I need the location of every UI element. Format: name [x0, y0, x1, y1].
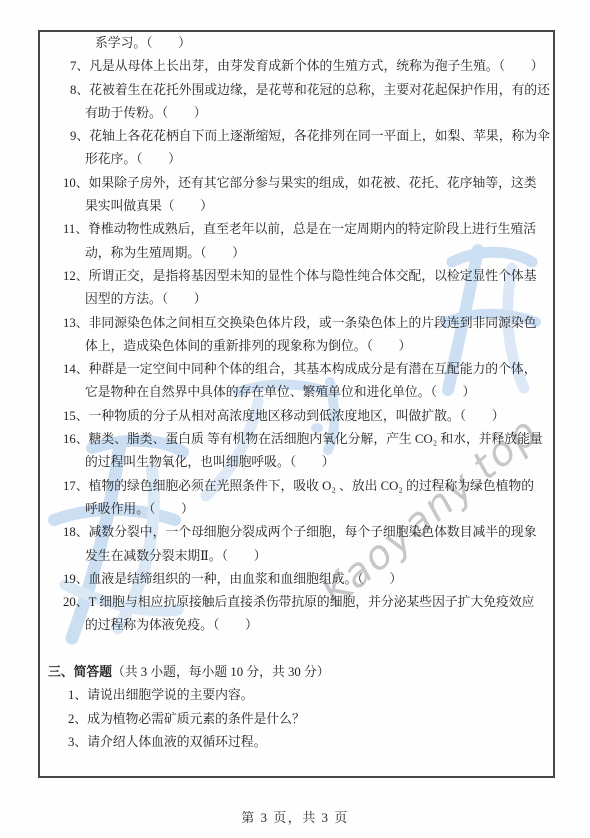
line-text: 请介绍人体血液的双循环过程。 [87, 735, 266, 749]
line-text: 糖类、脂类、蛋白质 等有机物在活细胞内氧化分解，产生 CO₂ 和水，并释放能量 [89, 432, 543, 446]
section-title: 三、简答题 [48, 665, 112, 679]
line-text: 减数分裂中，一个母细胞分裂成两个子细胞，每个子细胞染色体数目减半的现象 [89, 525, 537, 539]
line-text: 发生在减数分裂末期Ⅱ。（ ） [85, 549, 266, 563]
question-line: 9、花轴上各花花柄自下而上逐渐缩短，各花排列在同一平面上，如梨、苹果，称为伞 [40, 125, 553, 148]
line-text: 所谓正交，是指将基因型未知的显性个体与隐性纯合体交配，以检定显性个体基 [89, 269, 537, 283]
line-text: T 细胞与相应抗原接触后直接杀伤带抗原的细胞，并分泌某些因子扩大免疫效应 [89, 595, 535, 609]
question-number: 8、 [70, 83, 89, 97]
line-text: 植物的绿色细胞必须在光照条件下，吸收 O₂ 、放出 CO₂ 的过程称为绿色植物的 [89, 479, 534, 493]
question-number: 10、 [63, 176, 89, 190]
exam-frame: 系学习。（ ）7、凡是从母体上长出芽，由芽发育成新个体的生殖方式，统称为孢子生殖… [38, 30, 555, 778]
question-number: 13、 [63, 316, 89, 330]
section-heading: 三、简答题（共 3 小题，每小题 10 分，共 30 分） [40, 661, 553, 684]
question-line: 有助于传粉。（ ） [40, 102, 553, 125]
question-line: 19、血液是结缔组织的一种，由血浆和血细胞组成。（ ） [40, 568, 553, 591]
line-text: 成为植物必需矿质元素的条件是什么？ [87, 712, 305, 726]
question-number: 11、 [63, 222, 88, 236]
question-line: 的过程称为体液免疫。（ ） [40, 614, 553, 637]
question-number: 7、 [70, 59, 89, 73]
question-line: 10、如果除子房外，还有其它部分参与果实的组成，如花被、花托、花序轴等，这类 [40, 172, 553, 195]
question-line: 8、花被着生在花托外围或边缘，是花萼和花冠的总称，主要对花起保护作用，有的还 [40, 79, 553, 102]
line-text: （共 3 小题，每小题 10 分，共 30 分） [112, 665, 330, 679]
line-text: 种群是一定空间中同种个体的组合，其基本构成成分是有潜在互配能力的个体， [89, 362, 537, 376]
question-line: 20、T 细胞与相应抗原接触后直接杀伤带抗原的细胞，并分泌某些因子扩大免疫效应 [40, 591, 553, 614]
line-text: 花被着生在花托外围或边缘，是花萼和花冠的总称，主要对花起保护作用，有的还 [89, 83, 550, 97]
short-answer-item: 2、成为植物必需矿质元素的条件是什么？ [40, 708, 553, 731]
question-number: 1、 [68, 688, 87, 702]
line-text: 花轴上各花花柄自下而上逐渐缩短，各花排列在同一平面上，如梨、苹果，称为伞 [89, 129, 550, 143]
short-answer-item: 1、请说出细胞学说的主要内容。 [40, 684, 553, 707]
page-footer: 第 3 页，共 3 页 [0, 808, 590, 828]
line-text: 体上，造成染色体间的重新排列的现象称为倒位。（ ） [85, 339, 411, 353]
line-text: 的过程称为体液免疫。（ ） [85, 618, 258, 632]
question-number: 3、 [68, 735, 87, 749]
line-text: 因型的方法。（ ） [85, 292, 207, 306]
blank-line [40, 638, 553, 661]
line-text: 果实叫做真果（ ） [85, 199, 213, 213]
short-answer-item: 3、请介绍人体血液的双循环过程。 [40, 731, 553, 754]
question-line: 动，称为生殖周期。（ ） [40, 242, 553, 265]
line-text: 凡是从母体上长出芽，由芽发育成新个体的生殖方式，统称为孢子生殖。（ ） [89, 59, 543, 73]
question-number: 17、 [63, 479, 89, 493]
question-line: 16、糖类、脂类、蛋白质 等有机物在活细胞内氧化分解，产生 CO₂ 和水，并释放… [40, 428, 553, 451]
question-number: 14、 [63, 362, 89, 376]
question-number: 15、 [63, 409, 89, 423]
question-number: 16、 [63, 432, 89, 446]
line-text: 脊椎动物性成熟后，直至老年以前，总是在一定周期内的特定阶段上进行生殖活 [88, 222, 536, 236]
question-line: 11、脊椎动物性成熟后，直至老年以前，总是在一定周期内的特定阶段上进行生殖活 [40, 218, 553, 241]
question-line: 形花序。（ ） [40, 148, 553, 171]
line-text: 请说出细胞学说的主要内容。 [87, 688, 253, 702]
question-number: 12、 [63, 269, 89, 283]
exam-page: Kaoyany.top 系学习。（ ）7、凡是从母体上长出芽，由芽发育成新个体的… [0, 0, 590, 838]
line-text: 的过程叫生物氧化，也叫细胞呼吸。（ ） [85, 455, 335, 469]
question-number: 18、 [63, 525, 89, 539]
question-line: 发生在减数分裂末期Ⅱ。（ ） [40, 545, 553, 568]
question-line: 它是物种在自然界中具体的存在单位、繁殖单位和进化单位。（ ） [40, 381, 553, 404]
line-text: 如果除子房外，还有其它部分参与果实的组成，如花被、花托、花序轴等，这类 [89, 176, 537, 190]
line-text: 一种物质的分子从相对高浓度地区移动到低浓度地区，叫做扩散。（ ） [89, 409, 505, 423]
line-text: 它是物种在自然界中具体的存在单位、繁殖单位和进化单位。（ ） [85, 385, 475, 399]
question-line: 18、减数分裂中，一个母细胞分裂成两个子细胞，每个子细胞染色体数目减半的现象 [40, 521, 553, 544]
question-line: 15、一种物质的分子从相对高浓度地区移动到低浓度地区，叫做扩散。（ ） [40, 405, 553, 428]
question-number: 9、 [70, 129, 89, 143]
question-number: 20、 [63, 595, 89, 609]
question-line: 的过程叫生物氧化，也叫细胞呼吸。（ ） [40, 451, 553, 474]
question-line: 体上，造成染色体间的重新排列的现象称为倒位。（ ） [40, 335, 553, 358]
question-line: 14、种群是一定空间中同种个体的组合，其基本构成成分是有潜在互配能力的个体， [40, 358, 553, 381]
question-line: 因型的方法。（ ） [40, 288, 553, 311]
line-text: 系学习。（ ） [95, 36, 191, 50]
question-line: 果实叫做真果（ ） [40, 195, 553, 218]
question-line: 17、植物的绿色细胞必须在光照条件下，吸收 O₂ 、放出 CO₂ 的过程称为绿色… [40, 475, 553, 498]
line-text: 非同源染色体之间相互交换染色体片段，或一条染色体上的片段连到非同源染色 [89, 316, 537, 330]
line-text: 血液是结缔组织的一种，由血浆和血细胞组成。（ ） [89, 572, 403, 586]
question-number: 2、 [68, 712, 87, 726]
line-text: 呼吸作用。（ ） [85, 502, 194, 516]
question-line: 7、凡是从母体上长出芽，由芽发育成新个体的生殖方式，统称为孢子生殖。（ ） [40, 55, 553, 78]
line-text: 有助于传粉。（ ） [85, 106, 207, 120]
question-line: 13、非同源染色体之间相互交换染色体片段，或一条染色体上的片段连到非同源染色 [40, 312, 553, 335]
question-line: 12、所谓正交，是指将基因型未知的显性个体与隐性纯合体交配，以检定显性个体基 [40, 265, 553, 288]
question-line: 呼吸作用。（ ） [40, 498, 553, 521]
line-text: 形花序。（ ） [85, 152, 181, 166]
question-line: 系学习。（ ） [40, 32, 553, 55]
question-number: 19、 [63, 572, 89, 586]
line-text: 动，称为生殖周期。（ ） [85, 246, 245, 260]
